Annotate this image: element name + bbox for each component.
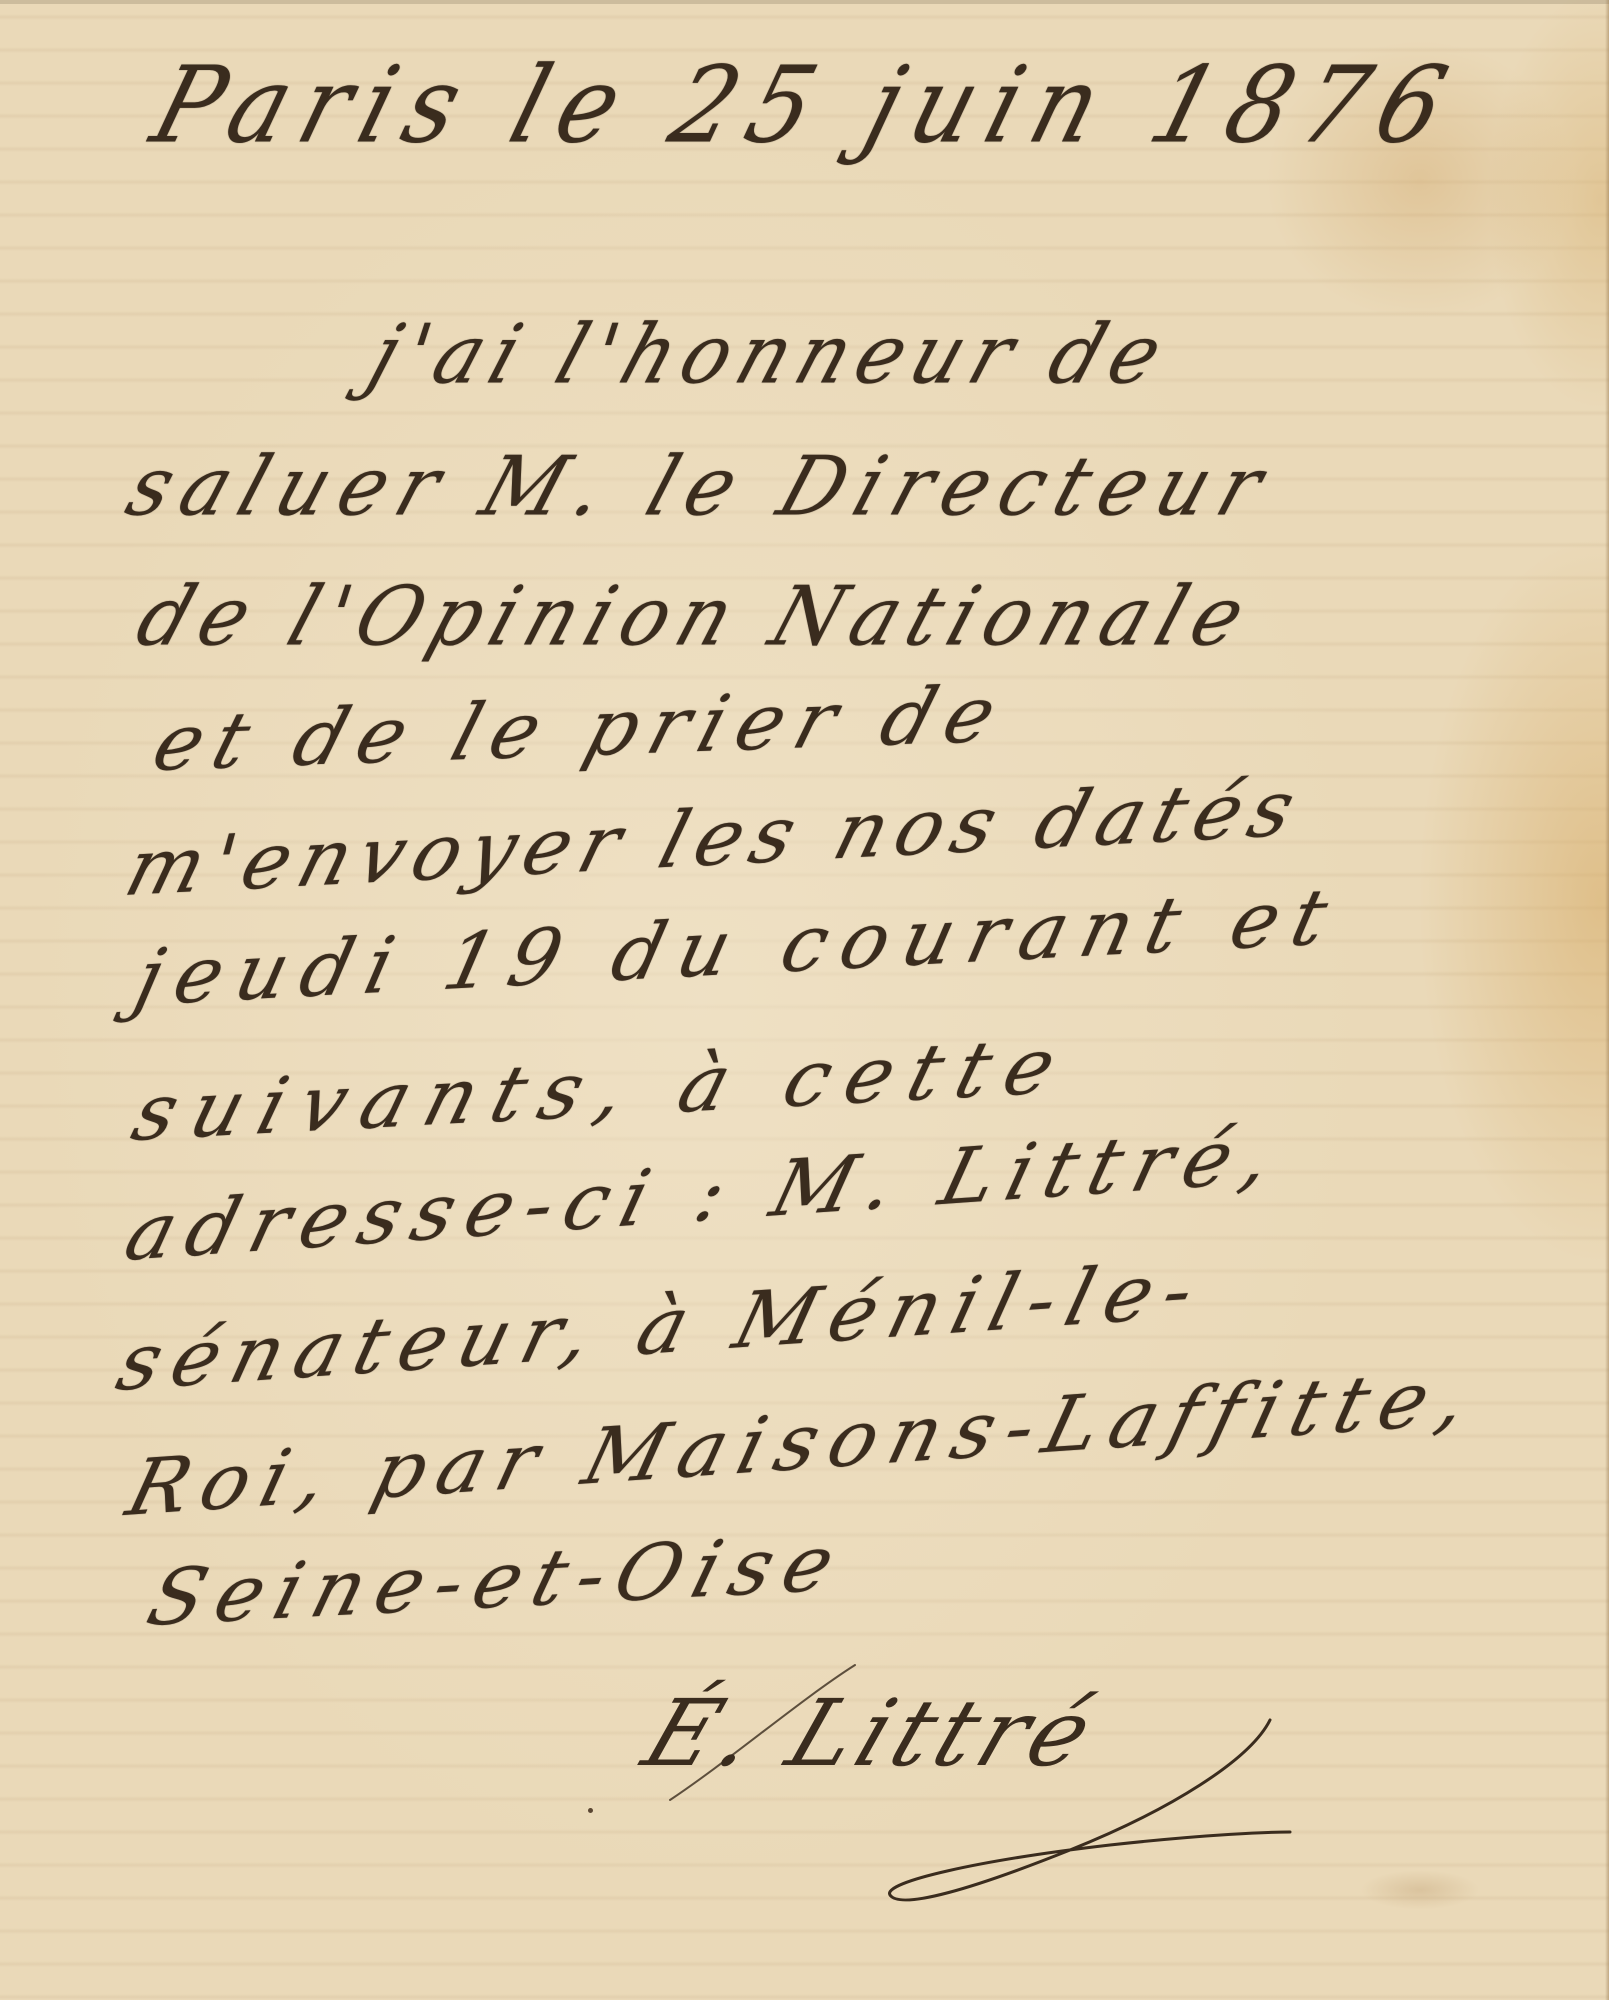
body-line-2: saluer M. le Directeur — [118, 446, 1284, 528]
dateline: Paris le 25 juin 1876 — [140, 44, 1473, 167]
signature-flourish-icon — [650, 1660, 1370, 1920]
letter-page: Paris le 25 juin 1876 j'ai l'honneur de … — [0, 0, 1609, 2000]
page-right-edge — [1605, 0, 1609, 2000]
body-line-11: Seine-et-Oise — [140, 1524, 854, 1638]
body-line-4: et de le prier de — [145, 676, 1016, 783]
paper-stain — [1360, 1870, 1480, 1910]
body-line-1: j'ai l'honneur de — [360, 314, 1180, 396]
body-line-3: de l'Opinion Nationale — [128, 576, 1264, 658]
signature-block: É. Littré — [650, 1660, 1370, 1920]
body-line-9: sénateur, à Ménil-le- — [110, 1251, 1214, 1403]
ink-dot — [588, 1808, 593, 1813]
page-top-edge — [0, 0, 1609, 4]
